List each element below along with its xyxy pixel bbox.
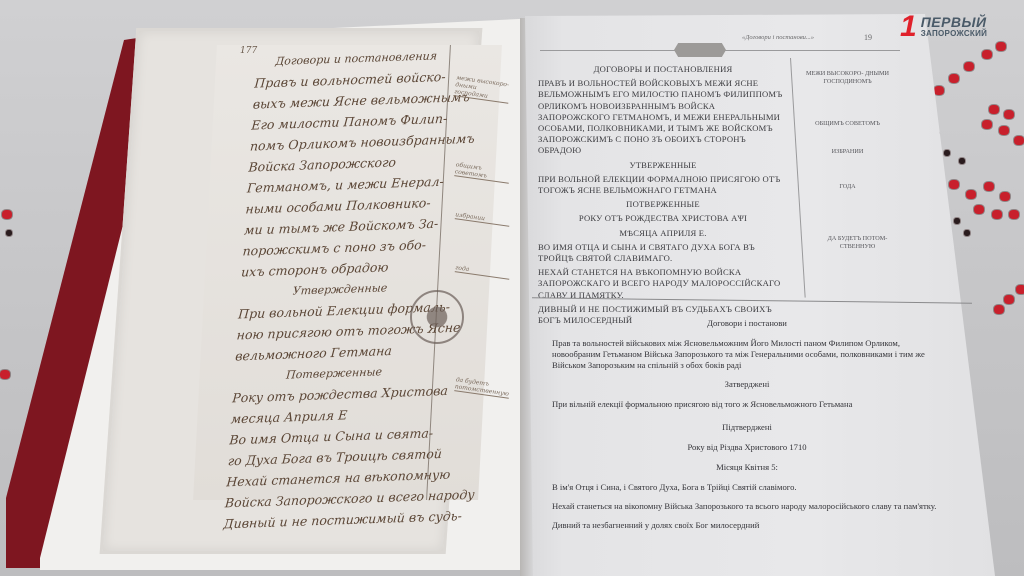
wax-seal-stamp — [410, 290, 464, 344]
side-note: общимъ советомъ — [800, 120, 895, 128]
old-paragraph: Правъ и вольностей войсковыхъ межи Ясне … — [538, 78, 788, 156]
modern-month-line: Місяця Квітня 5: — [552, 462, 942, 473]
old-title: Договоры и постановления — [538, 64, 788, 75]
modern-paragraph: Прав та вольностей військових між Яснове… — [552, 338, 942, 371]
old-text-block: Договоры и постановления Правъ и вольнос… — [538, 64, 788, 329]
modern-paragraph: В ім'я Отця і Сина, і Святого Духа, Бога… — [552, 482, 942, 493]
logo-text: ПЕРВЫЙ ЗАПОРОЖСКИЙ — [921, 15, 988, 39]
old-month-line: Мѣсяца Априля Е. — [538, 228, 788, 239]
channel-logo: 1 ПЕРВЫЙ ЗАПОРОЖСКИЙ — [900, 13, 987, 41]
old-heading: Потверженные — [538, 199, 788, 210]
old-paragraph: Во имя Отца и Сына и Святаго Духа Бога в… — [538, 242, 788, 264]
embroidery-edge-left — [0, 200, 18, 430]
modern-paragraph: При вільній елекції формальною присягою … — [552, 399, 942, 410]
side-note: избрании — [800, 148, 895, 156]
modern-year-line: Року від Різдва Христового 1710 — [552, 442, 942, 453]
modern-heading: Підтверджені — [552, 422, 942, 433]
modern-title: Договори і постанови — [552, 318, 942, 329]
modern-text-block: Договори і постанови Прав та вольностей … — [552, 318, 942, 539]
logo-number: 1 — [900, 13, 917, 41]
side-note: да будетъ потом- ственную — [810, 235, 905, 251]
side-note: года — [800, 183, 895, 191]
manuscript-page-number: 177 — [240, 46, 257, 56]
modern-paragraph: Нехай станеться на вікопомну Війська Зап… — [552, 501, 942, 512]
old-heading: Утверженные — [538, 160, 788, 171]
side-note: межи высокоро- дными господиномъ — [800, 70, 895, 86]
ornament-cartouche — [674, 43, 726, 57]
modern-heading: Затверджені — [552, 379, 942, 390]
old-paragraph: Нехай станется на вѣкопомную Войска Запо… — [538, 267, 788, 301]
running-head: «Договори і постанови...» — [742, 34, 814, 41]
old-paragraph: При вольной Елекции формалною присягою о… — [538, 174, 788, 196]
logo-subtitle: ЗАПОРОЖСКИЙ — [921, 29, 988, 39]
old-year-line: Року отъ рождества Христова АѰІ — [538, 213, 788, 224]
page-number: 19 — [864, 33, 872, 42]
modern-paragraph: Дивний та незбагненний у долях своїх Бог… — [552, 520, 942, 531]
logo-title: ПЕРВЫЙ — [921, 15, 988, 29]
manuscript-text: Договори и постановления Правъ и вольнос… — [223, 45, 457, 535]
